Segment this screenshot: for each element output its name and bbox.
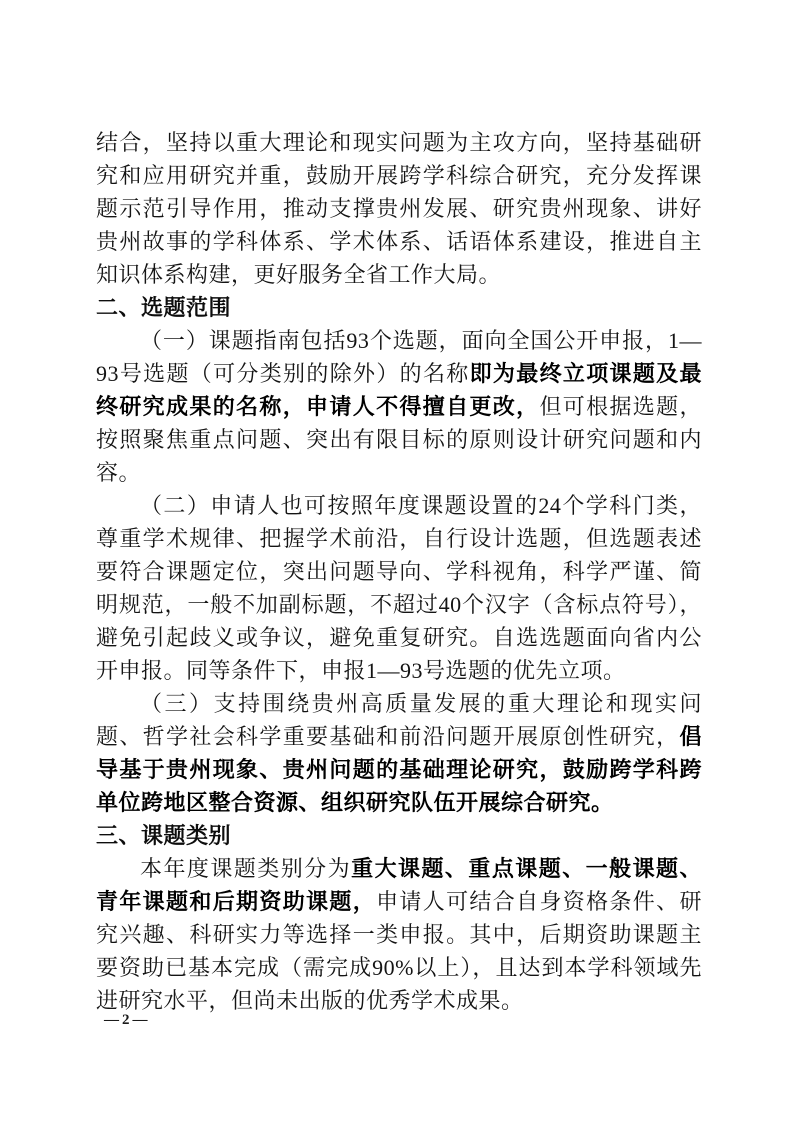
paragraph: 结合，坚持以重大理论和现实问题为主攻方向，坚持基础研究和应用研究并重，鼓励开展跨… <box>96 126 702 291</box>
document-body: 结合，坚持以重大理论和现实问题为主攻方向，坚持基础研究和应用研究并重，鼓励开展跨… <box>96 126 702 1017</box>
section-heading: 二、选题范围 <box>96 291 702 324</box>
text-run: （三）支持围绕贵州高质量发展的重大理论和现实问题、哲学社会科学重要基础和前沿问题… <box>96 691 702 749</box>
text-run: 本年度课题类别分为 <box>140 856 351 881</box>
paragraph: （三）支持围绕贵州高质量发展的重大理论和现实问题、哲学社会科学重要基础和前沿问题… <box>96 687 702 819</box>
paragraph: （二）申请人也可按照年度课题设置的24个学科门类，尊重学术规律、把握学术前沿，自… <box>96 489 702 687</box>
text-run: （二）申请人也可按照年度课题设置的24个学科门类，尊重学术规律、把握学术前沿，自… <box>96 493 702 683</box>
document-page: 结合，坚持以重大理论和现实问题为主攻方向，坚持基础研究和应用研究并重，鼓励开展跨… <box>0 0 794 1122</box>
paragraph: （一）课题指南包括93个选题，面向全国公开申报，1—93号选题（可分类别的除外）… <box>96 324 702 489</box>
text-run: 结合，坚持以重大理论和现实问题为主攻方向，坚持基础研究和应用研究并重，鼓励开展跨… <box>96 130 702 287</box>
section-heading: 三、课题类别 <box>96 819 702 852</box>
paragraph: 本年度课题类别分为重大课题、重点课题、一般课题、青年课题和后期资助课题，申请人可… <box>96 852 702 1017</box>
page-number: —2— <box>104 1012 151 1029</box>
